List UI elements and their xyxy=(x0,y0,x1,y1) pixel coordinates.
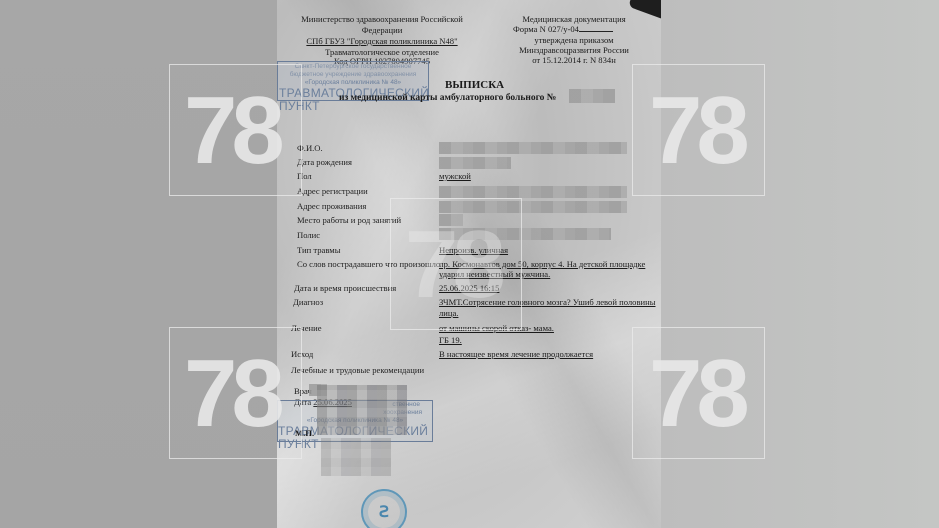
watermark-box-bottom-right: 78 xyxy=(632,327,765,459)
field-label-incident-datetime: Дата и время происшествия xyxy=(294,283,396,293)
field-label-diagnosis: Диагноз xyxy=(293,297,323,307)
header-ministry-ru: Минздравсоцразвития России xyxy=(499,45,649,55)
redacted-signature-lower xyxy=(321,438,391,476)
redacted-birthdate xyxy=(439,157,511,169)
header-approved: утверждена приказом xyxy=(499,35,649,45)
field-label-policy: Полис xyxy=(297,230,320,240)
redacted-fio xyxy=(439,142,627,154)
redacted-card-number xyxy=(569,89,615,103)
watermark-box-top-right: 78 xyxy=(632,64,765,196)
field-value-outcome: В настоящее время лечение продолжается xyxy=(439,349,593,359)
round-stamp: Ꙅ xyxy=(361,489,407,528)
field-label-birthdate: Дата рождения xyxy=(297,157,352,167)
watermark-box-center: 78 xyxy=(390,198,522,330)
watermark-number: 78 xyxy=(649,346,744,442)
watermark-box-top-left: 78 xyxy=(169,64,302,196)
watermark-number: 78 xyxy=(649,83,744,179)
watermark-box-bottom-left: 78 xyxy=(169,327,302,459)
field-value-sex: мужской xyxy=(439,171,471,181)
field-label-workplace: Место работы и род занятий xyxy=(297,215,401,225)
watermark-number: 78 xyxy=(184,83,279,179)
field-label-reg-address: Адрес регистрации xyxy=(297,186,368,196)
header-clinic: СПб ГБУЗ "Городская поликлиника N48" xyxy=(297,36,467,46)
field-label-injury-type: Тип травмы xyxy=(297,245,340,255)
redacted-reg-address xyxy=(439,186,627,198)
header-form-number: Форма N 027/у-04 xyxy=(513,24,613,34)
header-ministry: Министерство здравоохранения Российской xyxy=(297,14,467,24)
redacted-signature xyxy=(317,385,407,435)
header-order-date: от 15.12.2014 г. N 834н xyxy=(499,55,649,65)
header-federation: Федерации xyxy=(297,25,467,35)
watermark-number: 78 xyxy=(184,346,279,442)
watermark-number: 78 xyxy=(405,217,500,313)
field-label-recommendations: Лечебные и трудовые рекомендации xyxy=(291,365,424,375)
header-med-docs: Медицинская документация xyxy=(499,14,649,24)
field-value-treatment-cont: ГБ 19. xyxy=(439,335,462,345)
document-subtitle: из медицинской карты амбулаторного больн… xyxy=(339,93,556,103)
document-title: ВЫПИСКА xyxy=(445,80,504,90)
field-label-live-address: Адрес проживания xyxy=(297,201,366,211)
